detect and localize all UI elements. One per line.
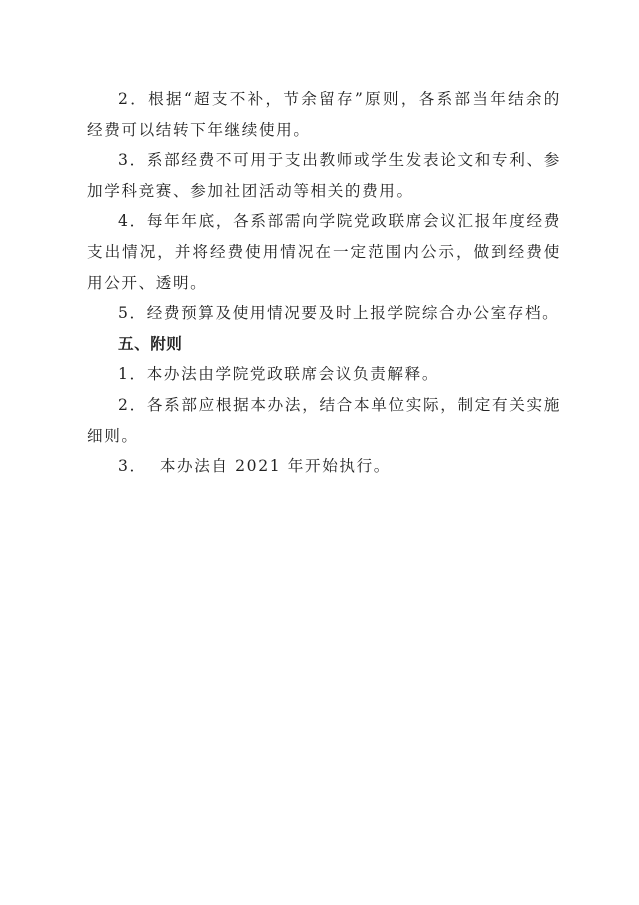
item-number: 4． bbox=[118, 212, 147, 230]
item-number: 1． bbox=[118, 365, 147, 383]
paragraph-item-4: 4．每年年底，各系部需向学院党政联席会议汇报年度经费支出情况，并将经费使用情况在… bbox=[87, 206, 561, 298]
appendix-item-1: 1．本办法由学院党政联席会议负责解释。 bbox=[87, 359, 561, 390]
item-number: 2． bbox=[118, 396, 147, 414]
item-number: 2． bbox=[118, 90, 148, 108]
item-text: 本办法由学院党政联席会议负责解释。 bbox=[147, 365, 439, 383]
appendix-item-2: 2．各系部应根据本办法，结合本单位实际，制定有关实施细则。 bbox=[87, 390, 561, 451]
paragraph-item-3: 3．系部经费不可用于支出教师或学生发表论文和专利、参加学科竞赛、参加社团活动等相… bbox=[87, 145, 561, 206]
item-text: 每年年底，各系部需向学院党政联席会议汇报年度经费支出情况，并将经费使用情况在一定… bbox=[87, 212, 561, 291]
item-text: 经费预算及使用情况要及时上报学院综合办公室存档。 bbox=[147, 304, 560, 322]
paragraph-item-5: 5．经费预算及使用情况要及时上报学院综合办公室存档。 bbox=[87, 298, 561, 329]
item-text: 系部经费不可用于支出教师或学生发表论文和专利、参加学科竞赛、参加社团活动等相关的… bbox=[87, 151, 561, 200]
item-number: 3． bbox=[118, 151, 147, 169]
paragraph-item-2: 2．根据“超支不补，节余留存”原则，各系部当年结余的经费可以结转下年继续使用。 bbox=[87, 84, 561, 145]
section-heading: 五、附则 bbox=[87, 329, 561, 360]
item-text: 本办法自 2021 年开始执行。 bbox=[147, 457, 391, 475]
item-text: 各系部应根据本办法，结合本单位实际，制定有关实施细则。 bbox=[87, 396, 561, 445]
document-page: 2．根据“超支不补，节余留存”原则，各系部当年结余的经费可以结转下年继续使用。 … bbox=[87, 84, 561, 482]
appendix-item-3: 3． 本办法自 2021 年开始执行。 bbox=[87, 451, 561, 482]
item-number: 3． bbox=[118, 457, 147, 475]
item-number: 5． bbox=[118, 304, 147, 322]
item-text: 根据“超支不补，节余留存”原则，各系部当年结余的经费可以结转下年继续使用。 bbox=[87, 90, 561, 139]
